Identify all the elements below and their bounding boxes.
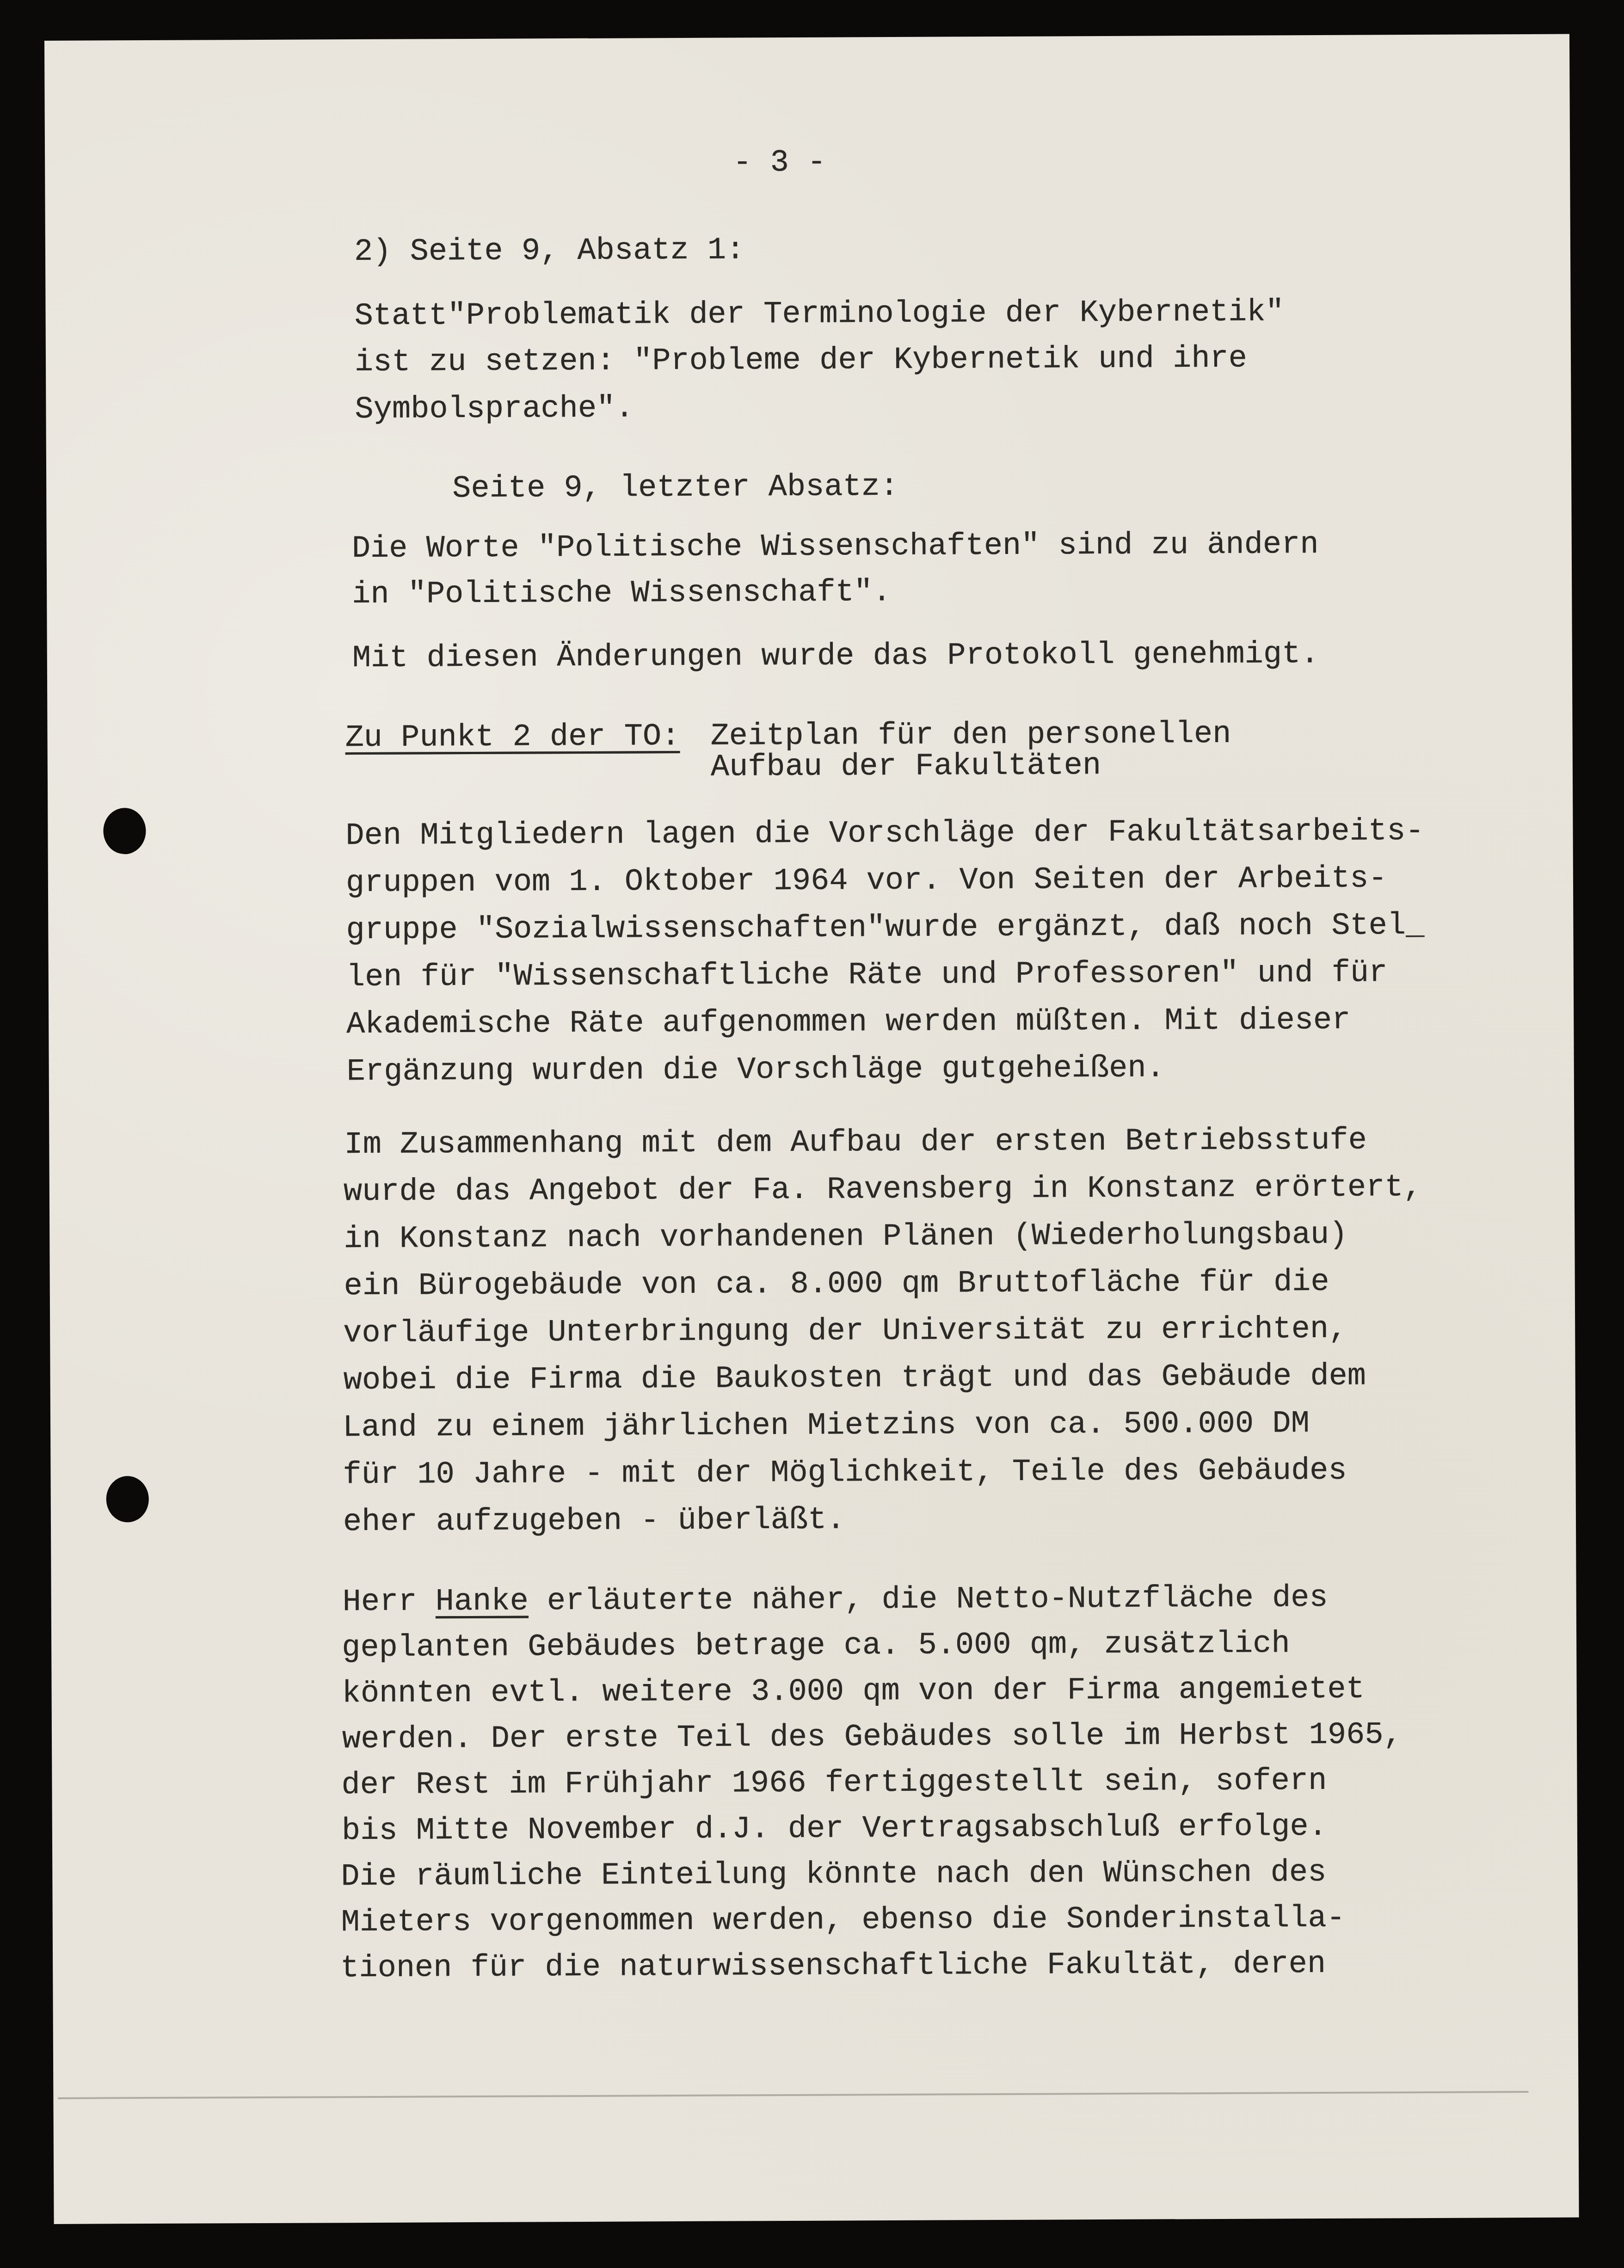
paragraph-2-line: ein Bürogebäude von ca. 8.000 qm Bruttof… <box>344 1267 1329 1302</box>
approval-statement: Mit diesen Änderungen wurde das Protokol… <box>352 639 1319 674</box>
section-1-line: ist zu setzen: "Probleme der Kybernetik … <box>355 344 1247 378</box>
paragraph-3-line: werden. Der erste Teil des Gebäudes soll… <box>342 1720 1402 1755</box>
paragraph-3-prefix: Herr <box>343 1584 436 1620</box>
section-2-line: Die Worte "Politische Wissenschaften" si… <box>352 529 1319 565</box>
paragraph-3-line: geplanten Gebäudes betrage ca. 5.000 qm,… <box>342 1629 1290 1664</box>
paragraph-1-line: gruppe "Sozialwissenschaften"wurde ergän… <box>346 910 1424 946</box>
page-fold-line <box>58 2091 1528 2099</box>
paragraph-3-line: könnten evtl. weitere 3.000 qm von der F… <box>342 1674 1365 1710</box>
agenda-item-title-line-1: Zeitplan für den personellen <box>710 719 1231 752</box>
paragraph-2-line: vorläufige Unterbringung der Universität… <box>343 1314 1347 1349</box>
paragraph-1-line: Akademische Räte aufgenommen werden müßt… <box>346 1005 1350 1040</box>
section-1-line: Symbolsprache". <box>355 393 634 425</box>
speaker-name: Hanke <box>436 1584 529 1619</box>
paragraph-3-suffix: erläuterte näher, die Netto-Nutzfläche d… <box>529 1580 1328 1619</box>
page-number: - 3 - <box>733 148 826 179</box>
paragraph-2-line: Im Zusammenhang mit dem Aufbau der erste… <box>344 1125 1367 1161</box>
paragraph-3-line: bis Mitte November d.J. der Vertragsabsc… <box>342 1812 1327 1847</box>
paragraph-2-line: eher aufzugeben - überläßt. <box>343 1505 845 1538</box>
paragraph-3-first-line: Herr Hanke erläuterte näher, die Netto-N… <box>343 1583 1328 1618</box>
paragraph-3-line: Mieters vorgenommen werden, ebenso die S… <box>341 1903 1345 1938</box>
paragraph-3-line: tionen für die naturwissenschaftliche Fa… <box>340 1949 1326 1984</box>
paragraph-2-line: wurde das Angebot der Fa. Ravensberg in … <box>344 1172 1422 1208</box>
punch-hole-upper <box>103 808 146 854</box>
paragraph-1-line: gruppen vom 1. Oktober 1964 vor. Von Sei… <box>346 863 1387 899</box>
section-2-line: in "Politische Wissenschaft". <box>352 577 891 610</box>
paragraph-1-line: Ergänzung wurden die Vorschläge gutgehei… <box>347 1053 1165 1088</box>
paragraph-2-line: in Konstanz nach vorhandenen Plänen (Wie… <box>344 1220 1347 1255</box>
paragraph-2-line: Land zu einem jährlichen Mietzins von ca… <box>343 1408 1310 1444</box>
paragraph-3-line: der Rest im Frühjahr 1966 fertiggestellt… <box>341 1766 1327 1801</box>
section-2-heading: Seite 9, letzter Absatz: <box>452 472 898 504</box>
paragraph-2-line: für 10 Jahre - mit der Möglichkeit, Teil… <box>343 1456 1347 1491</box>
document-page: - 3 - 2) Seite 9, Absatz 1: Statt"Proble… <box>44 34 1579 2224</box>
paragraph-1-line: len für "Wissenschaftliche Räte und Prof… <box>346 958 1388 993</box>
agenda-item-title-line-2: Aufbau der Fakultäten <box>711 750 1101 783</box>
agenda-item-label: Zu Punkt 2 der TO: <box>345 721 680 754</box>
section-1-line: Statt"Problematik der Terminologie der K… <box>354 297 1284 332</box>
paragraph-1-line: Den Mitgliedern lagen die Vorschläge der… <box>345 816 1424 852</box>
paragraph-2-line: wobei die Firma die Baukosten trägt und … <box>344 1361 1366 1397</box>
paragraph-3-line: Die räumliche Einteilung könnte nach den… <box>341 1857 1326 1893</box>
section-1-heading: 2) Seite 9, Absatz 1: <box>354 235 745 268</box>
punch-hole-lower <box>106 1476 149 1522</box>
